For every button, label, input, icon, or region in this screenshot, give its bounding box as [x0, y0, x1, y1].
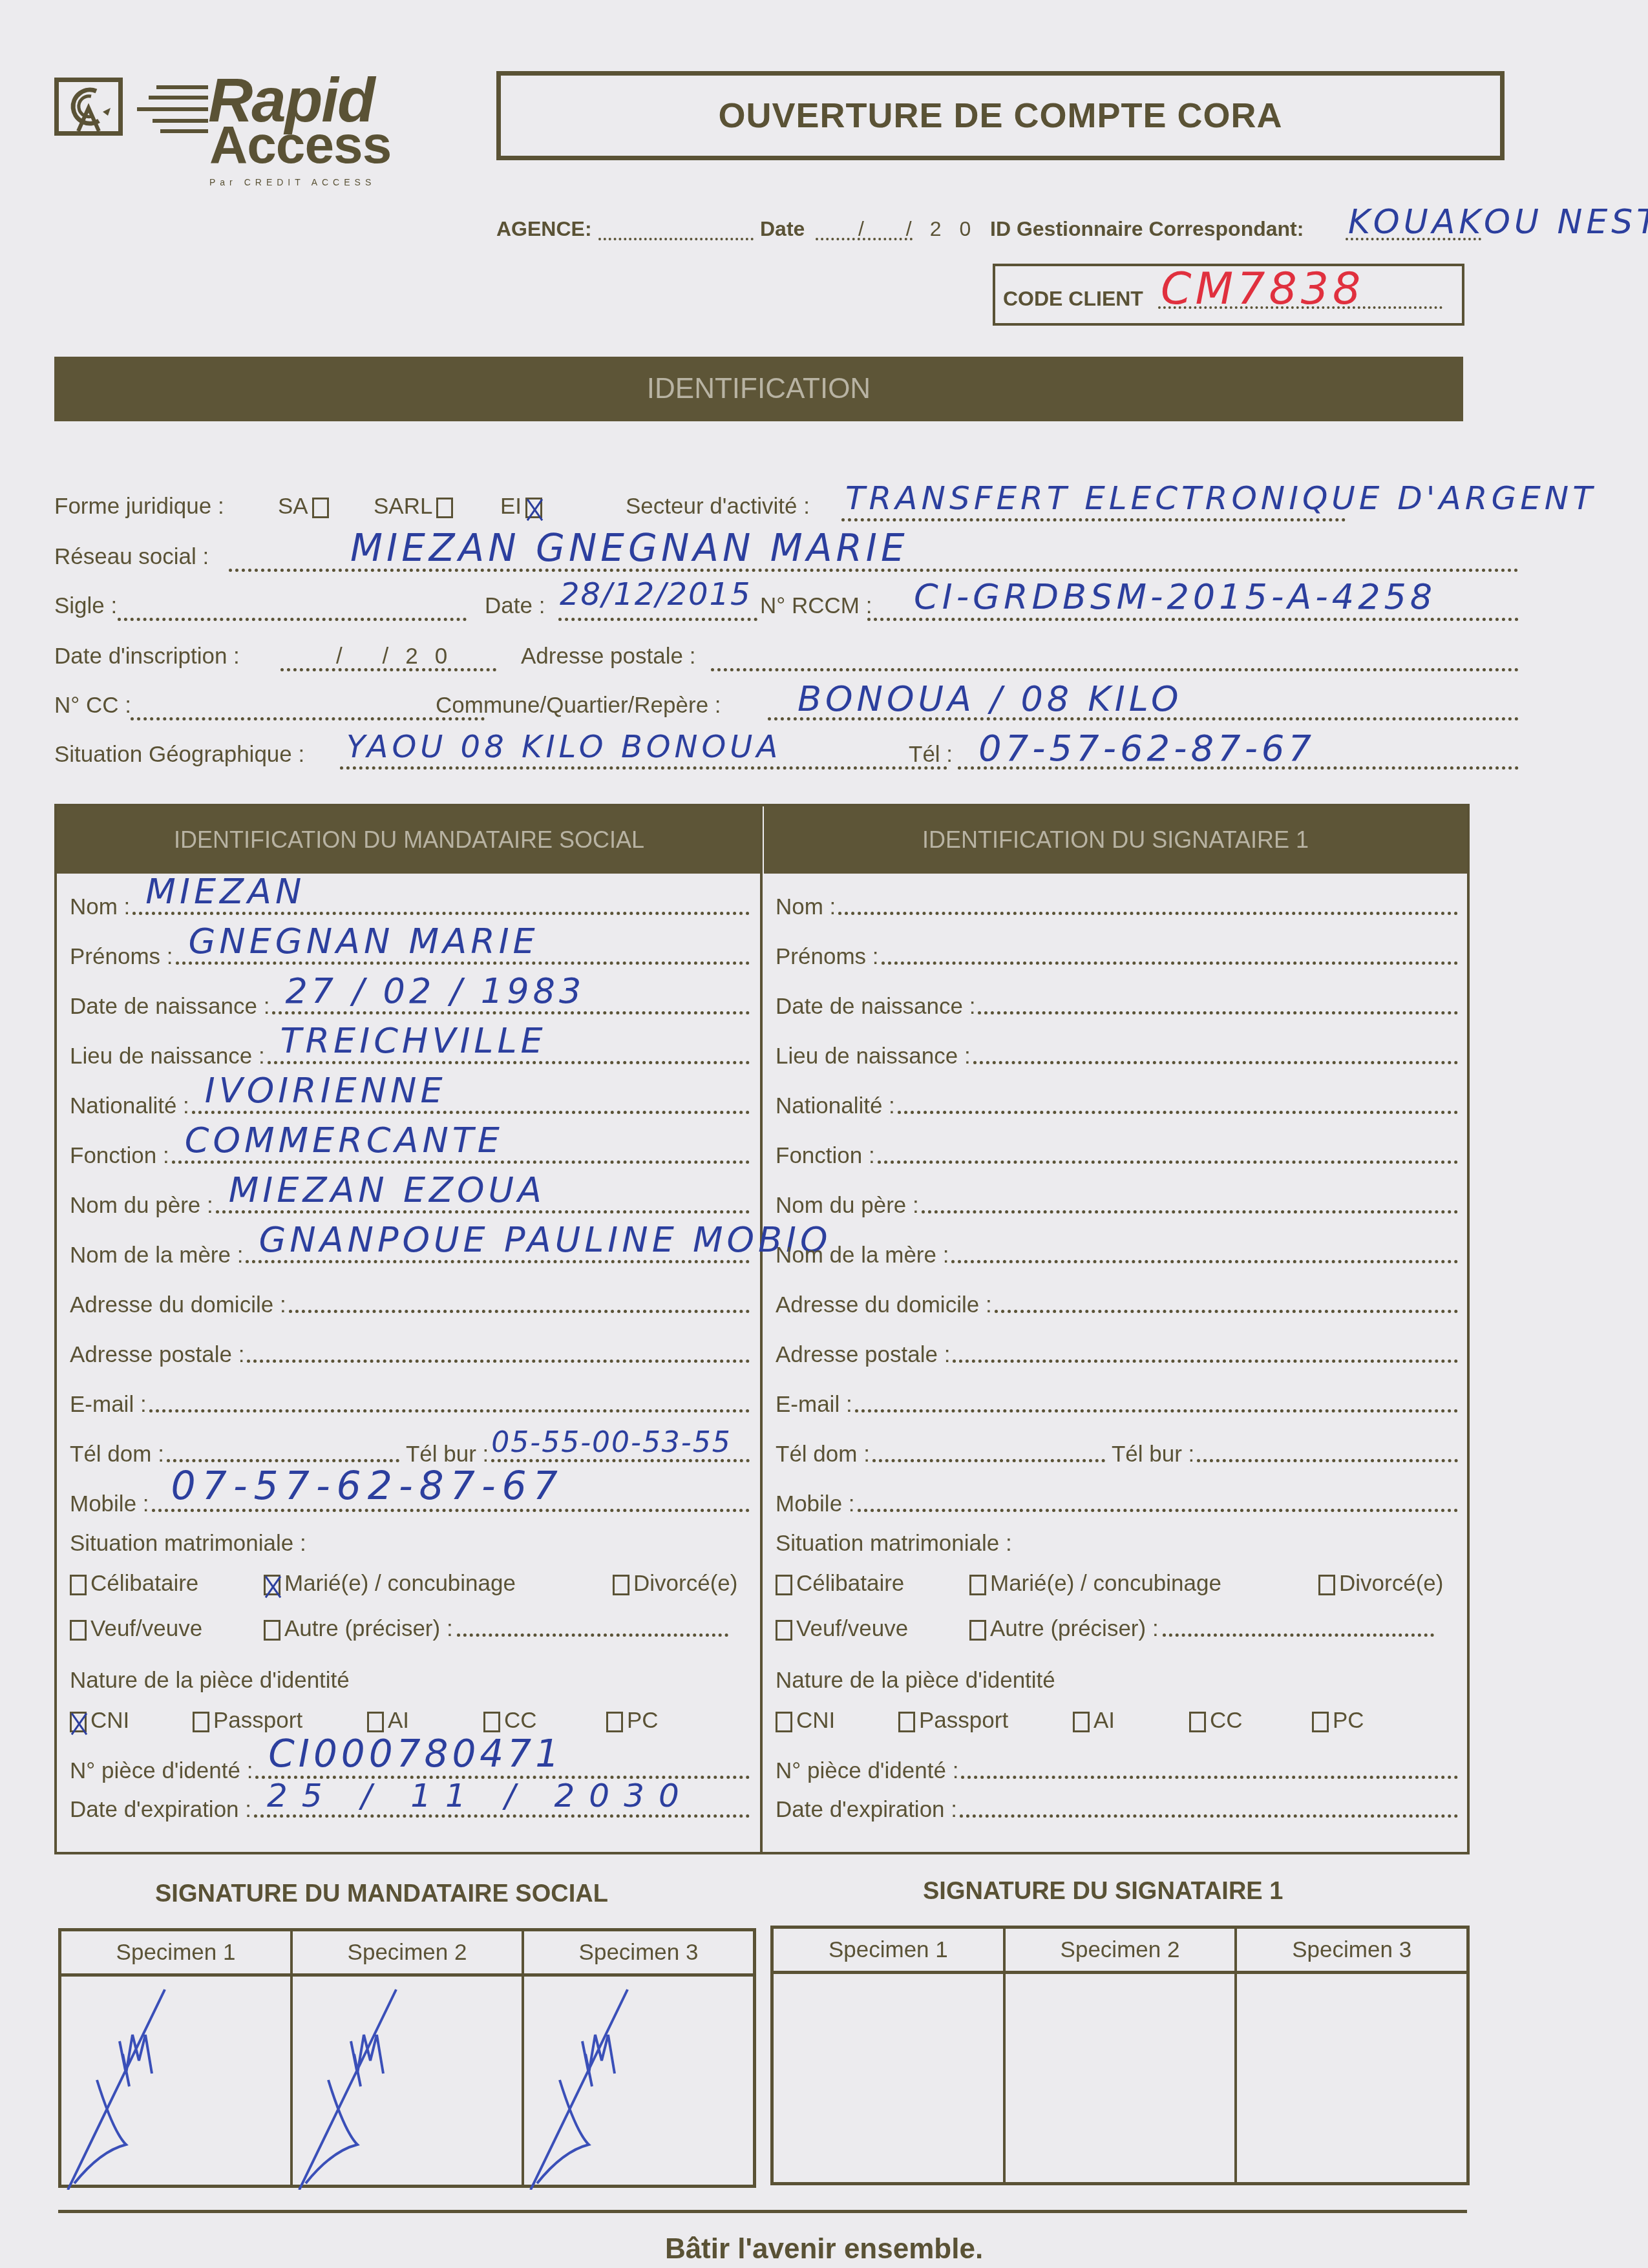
matrimoniale-option[interactable]: Veuf/veuve [776, 1616, 908, 1642]
piece-label: Nature de la pièce d'identité [776, 1668, 1055, 1694]
checkbox[interactable] [1073, 1712, 1090, 1732]
piece-option[interactable]: CNI [70, 1708, 129, 1734]
footer-slogan: Bâtir l'avenir ensemble. [0, 2233, 1648, 2265]
column-divider [760, 806, 763, 1853]
field-row: Nationalité : [776, 1083, 1458, 1119]
field-label: Nom du père : [776, 1193, 919, 1219]
num-piece-label: N° pièce d'identé : [776, 1758, 958, 1784]
tel-row: Tél dom :Tél bur : [776, 1431, 1458, 1467]
field-row: Date de naissance :27 / 02 / 1983 [70, 983, 750, 1020]
field-label: E-mail : [776, 1392, 852, 1418]
identification-title: IDENTIFICATION [647, 373, 871, 404]
piece-option[interactable]: CNI [776, 1708, 835, 1734]
field-value: COMMERCANTE [185, 1120, 503, 1160]
field-input[interactable] [973, 1061, 1458, 1064]
forme-juridique-label: Forme juridique : [54, 494, 224, 520]
mandataire-column: Nom :MIEZANPrénoms :GNEGNAN MARIEDate de… [70, 874, 750, 1849]
field-value: MIEZAN EZOUA [229, 1170, 545, 1210]
field-value: 27 / 02 / 1983 [285, 971, 585, 1011]
field-row: Adresse postale : [70, 1332, 750, 1368]
matrimoniale-option[interactable]: Célibataire [776, 1571, 904, 1597]
ncc-label: N° CC : [54, 693, 131, 719]
mobile-value: 07-57-62-87-67 [171, 1464, 564, 1509]
expiration-input[interactable] [960, 1814, 1458, 1818]
field-label: Fonction : [776, 1143, 875, 1169]
situation-field[interactable] [340, 766, 947, 770]
tel-bur-value: 05-55-00-53-55 [491, 1426, 731, 1459]
field-row: Adresse du domicile : [70, 1282, 750, 1318]
tel-row: Tél dom :Tél bur :05-55-00-53-55 [70, 1431, 750, 1467]
field-input[interactable] [838, 912, 1458, 915]
inscription-label: Date d'inscription : [54, 644, 240, 669]
specimen-cell[interactable]: Specimen 2 [293, 1931, 524, 2185]
field-input[interactable] [995, 1310, 1458, 1313]
commune-label: Commune/Quartier/Repère : [436, 693, 721, 719]
piece-option[interactable]: CC [1189, 1708, 1243, 1734]
gestionnaire-value: KOUAKOU NESTOR [1348, 203, 1648, 242]
specimen-cell[interactable]: Specimen 2 [1006, 1929, 1238, 2182]
mobile-input[interactable] [858, 1509, 1458, 1512]
field-label: Adresse du domicile : [776, 1292, 992, 1318]
field-input[interactable]: GNANPOUE PAULINE MOBIO [246, 1260, 750, 1263]
field-label: Lieu de naissance : [776, 1044, 971, 1069]
field-input[interactable] [247, 1360, 750, 1363]
field-input[interactable] [289, 1310, 750, 1313]
field-label: E-mail : [70, 1392, 147, 1418]
tel-bur-input[interactable] [1197, 1459, 1458, 1462]
field-row: Date de naissance : [776, 983, 1458, 1020]
inscription-row: Date d'inscription : / /20 Adresse posta… [54, 644, 1463, 676]
field-label: Adresse postale : [776, 1342, 950, 1368]
field-input[interactable] [953, 1360, 1458, 1363]
situation-value: YAOU 08 KILO BONOUA [346, 729, 781, 765]
field-input[interactable]: COMMERCANTE [172, 1160, 750, 1164]
field-input[interactable] [882, 961, 1459, 965]
agence-field[interactable] [598, 238, 754, 240]
sigle-field[interactable] [118, 618, 467, 621]
matrimoniale-label: Situation matrimoniale : [70, 1531, 306, 1557]
ca-monogram-icon [54, 78, 123, 136]
field-input[interactable]: MIEZAN [132, 912, 750, 915]
field-row: Lieu de naissance : [776, 1033, 1458, 1069]
matrimoniale-option[interactable]: Célibataire [70, 1571, 198, 1597]
identification-header: IDENTIFICATION [54, 357, 1463, 421]
field-input[interactable]: 27 / 02 / 1983 [272, 1011, 750, 1014]
matrimoniale-option[interactable]: Veuf/veuve [70, 1616, 202, 1642]
field-input[interactable] [898, 1111, 1458, 1114]
ncc-field[interactable] [131, 717, 485, 720]
field-value: IVOIRIENNE [205, 1070, 447, 1111]
field-label: Fonction : [70, 1143, 169, 1169]
field-row: Nom :MIEZAN [70, 884, 750, 920]
piece-option[interactable]: Passport [898, 1708, 1008, 1734]
field-label: Nom du père : [70, 1193, 213, 1219]
specimen-cell[interactable]: Specimen 3 [524, 1931, 753, 2185]
tel-dom-label: Tél dom : [776, 1442, 870, 1467]
specimen-label: Specimen 3 [1237, 1929, 1466, 1974]
gestionnaire-label: ID Gestionnaire Correspondant: [990, 217, 1304, 241]
handwritten-signature-icon [524, 1977, 744, 2190]
checkbox[interactable] [969, 1620, 986, 1641]
checkbox[interactable] [969, 1575, 986, 1595]
date-creation-label: Date : [485, 593, 545, 619]
forme-ei[interactable]: EI [500, 494, 546, 520]
date-label: Date [760, 217, 805, 241]
field-value: GNANPOUE PAULINE MOBIO [259, 1219, 831, 1260]
specimen-label: Specimen 3 [524, 1931, 753, 1977]
agence-line: AGENCE: Date / /20 ID Gestionnaire Corre… [496, 213, 1634, 252]
mobile-label: Mobile : [70, 1491, 149, 1517]
form-title: OUVERTURE DE COMPTE CORA [718, 96, 1282, 136]
field-label: Nom : [70, 894, 130, 920]
commune-value: BONOUA / 08 KILO [798, 678, 1183, 719]
footer-divider [58, 2210, 1467, 2213]
field-row: Nom : [776, 884, 1458, 920]
tel-value: 07-57-62-87-67 [978, 728, 1315, 770]
num-piece-label: N° pièce d'identé : [70, 1758, 253, 1784]
adresse-postale-field[interactable] [711, 668, 1519, 671]
checkbox[interactable] [70, 1620, 87, 1641]
num-piece-row: N° pièce d'identé : [776, 1748, 1458, 1784]
field-row: Nom du père :MIEZAN EZOUA [70, 1182, 750, 1219]
inscription-value: / /20 [336, 644, 464, 669]
field-row: Fonction : [776, 1133, 1458, 1169]
date-creation-field[interactable] [558, 618, 757, 621]
field-row: Prénoms :GNEGNAN MARIE [70, 934, 750, 970]
autre-input[interactable] [1163, 1633, 1434, 1637]
date-value: / /20 [858, 217, 989, 241]
speed-lines-icon [137, 83, 208, 134]
field-input[interactable] [855, 1409, 1458, 1412]
secteur-label: Secteur d'activité : [626, 494, 810, 520]
tel-dom-label: Tél dom : [70, 1442, 164, 1467]
expiration-label: Date d'expiration : [70, 1797, 251, 1823]
tel-bur-label: Tél bur : [1112, 1442, 1194, 1467]
field-label: Prénoms : [776, 944, 879, 970]
field-input[interactable]: TREICHVILLE [268, 1061, 750, 1064]
field-row: E-mail : [70, 1381, 750, 1418]
field-input[interactable]: MIEZAN EZOUA [216, 1210, 750, 1213]
field-row: Nationalité :IVOIRIENNE [70, 1083, 750, 1119]
ncc-row: N° CC : Commune/Quartier/Repère : BONOUA… [54, 693, 1463, 725]
checkbox-ei[interactable] [525, 498, 542, 518]
num-piece-value: CI000780471 [268, 1732, 563, 1776]
checkbox[interactable] [1312, 1712, 1329, 1732]
checkbox[interactable] [193, 1712, 209, 1732]
specimen-cell[interactable]: Specimen 3 [1237, 1929, 1466, 2182]
field-label: Nom de la mère : [776, 1243, 949, 1268]
checkbox[interactable] [613, 1575, 629, 1595]
situation-label: Situation Géographique : [54, 742, 304, 768]
piece-option[interactable]: AI [1073, 1708, 1115, 1734]
expiration-label: Date d'expiration : [776, 1797, 957, 1823]
matrimoniale-option[interactable]: Marié(e) / concubinage [264, 1571, 516, 1597]
field-row: Nom de la mère : [776, 1232, 1458, 1268]
forme-sarl[interactable]: SARL [374, 494, 457, 520]
signataire-signature-title: SIGNATURE DU SIGNATAIRE 1 [923, 1878, 1283, 1906]
field-label: Adresse postale : [70, 1342, 244, 1368]
mobile-label: Mobile : [776, 1491, 855, 1517]
rccm-field[interactable] [867, 618, 1519, 621]
reseau-value: MIEZAN GNEGNAN MARIE [350, 526, 909, 570]
checkbox[interactable] [70, 1575, 87, 1595]
handwritten-signature-icon [293, 1977, 512, 2190]
field-input[interactable] [978, 1011, 1458, 1014]
field-label: Nom de la mère : [70, 1243, 243, 1268]
field-input[interactable] [922, 1210, 1458, 1213]
field-value: GNEGNAN MARIE [189, 921, 539, 961]
checkbox[interactable] [264, 1620, 280, 1641]
matrimoniale-option[interactable]: Autre (préciser) : [969, 1616, 1434, 1642]
specimen-label: Specimen 1 [61, 1931, 290, 1977]
field-value: TREICHVILLE [280, 1020, 547, 1061]
mandataire-header: IDENTIFICATION DU MANDATAIRE SOCIAL [57, 806, 761, 874]
matrimoniale-option[interactable]: Autre (préciser) : [264, 1616, 728, 1642]
field-label: Lieu de naissance : [70, 1044, 265, 1069]
mandataire-signature-table: Specimen 1Specimen 2Specimen 3 [58, 1928, 756, 2188]
code-client-value: CM7838 [1161, 264, 1364, 315]
field-row: Adresse du domicile : [776, 1282, 1458, 1318]
checkbox-sarl[interactable] [436, 498, 453, 518]
mobile-input[interactable]: 07-57-62-87-67 [152, 1509, 750, 1512]
specimen-cell[interactable]: Specimen 1 [61, 1931, 293, 2185]
field-label: Date de naissance : [70, 994, 269, 1020]
forme-juridique-row: Forme juridique : SA SARL EI Secteur d'a… [54, 494, 1463, 526]
checkbox[interactable] [776, 1575, 792, 1595]
checkbox-sa[interactable] [312, 498, 329, 518]
tel-bur-input[interactable]: 05-55-00-53-55 [491, 1459, 750, 1462]
persons-table: IDENTIFICATION DU MANDATAIRE SOCIAL IDEN… [54, 804, 1470, 1854]
field-input[interactable] [149, 1409, 750, 1412]
piece-option[interactable]: Passport [193, 1708, 302, 1734]
checkbox[interactable] [1318, 1575, 1335, 1595]
field-input[interactable] [878, 1160, 1458, 1164]
signataire-header: IDENTIFICATION DU SIGNATAIRE 1 [764, 806, 1467, 874]
field-label: Nationalité : [70, 1093, 189, 1119]
brand-name-line2: Access [209, 119, 391, 172]
handwritten-signature-icon [61, 1977, 281, 2190]
field-input[interactable] [951, 1260, 1458, 1263]
field-label: Date de naissance : [776, 994, 975, 1020]
matrimoniale-label: Situation matrimoniale : [776, 1531, 1012, 1557]
field-label: Prénoms : [70, 944, 173, 970]
piece-option[interactable]: PC [606, 1708, 659, 1734]
signataire-signature-table: Specimen 1Specimen 2Specimen 3 [770, 1926, 1470, 2185]
field-row: Fonction :COMMERCANTE [70, 1133, 750, 1169]
expiration-row: Date d'expiration : [776, 1787, 1458, 1823]
sigle-row: Sigle : Date : 28/12/2015 N° RCCM : CI-G… [54, 593, 1463, 625]
signataire-column: Nom :Prénoms :Date de naissance :Lieu de… [776, 874, 1458, 1849]
matrimoniale-option[interactable]: Marié(e) / concubinage [969, 1571, 1221, 1597]
specimen-label: Specimen 1 [774, 1929, 1003, 1974]
mandataire-signature-title: SIGNATURE DU MANDATAIRE SOCIAL [155, 1880, 608, 1908]
checkbox[interactable] [367, 1712, 384, 1732]
code-client-label: CODE CLIENT [1003, 287, 1143, 311]
brand-logo: Rapid Access Par CREDIT ACCESS [54, 76, 416, 193]
matrimoniale-option[interactable]: Divorcé(e) [1318, 1571, 1443, 1597]
tel-label: Tél : [909, 742, 953, 768]
secteur-field[interactable] [841, 518, 1346, 521]
mandataire-title: IDENTIFICATION DU MANDATAIRE SOCIAL [174, 826, 644, 853]
checkbox[interactable] [606, 1712, 623, 1732]
expiration-value: 25 / 11 / 2030 [267, 1777, 693, 1814]
agence-label: AGENCE: [496, 217, 592, 241]
situation-row: Situation Géographique : YAOU 08 KILO BO… [54, 742, 1463, 774]
field-input[interactable]: IVOIRIENNE [192, 1111, 750, 1114]
signataire-title: IDENTIFICATION DU SIGNATAIRE 1 [922, 826, 1309, 853]
form-title-box: OUVERTURE DE COMPTE CORA [496, 71, 1505, 160]
expiration-row: Date d'expiration :25 / 11 / 2030 [70, 1787, 750, 1823]
specimen-cell[interactable]: Specimen 1 [774, 1929, 1006, 2182]
reseau-label: Réseau social : [54, 544, 209, 570]
autre-input[interactable] [457, 1633, 728, 1637]
specimen-label: Specimen 2 [1006, 1929, 1235, 1974]
secteur-value: TRANSFERT ELECTRONIQUE D'ARGENT [845, 479, 1596, 517]
specimen-label: Specimen 2 [293, 1931, 522, 1977]
tel-dom-input[interactable] [167, 1459, 399, 1462]
mobile-row: Mobile :07-57-62-87-67 [70, 1481, 750, 1517]
field-row: E-mail : [776, 1381, 1458, 1418]
field-row: Adresse postale : [776, 1332, 1458, 1368]
checkbox[interactable] [1189, 1712, 1206, 1732]
field-row: Lieu de naissance :TREICHVILLE [70, 1033, 750, 1069]
piece-option[interactable]: CC [483, 1708, 537, 1734]
field-input[interactable]: GNEGNAN MARIE [176, 961, 750, 965]
field-label: Nationalité : [776, 1093, 895, 1119]
checkbox[interactable] [776, 1620, 792, 1641]
checkbox[interactable] [898, 1712, 915, 1732]
rccm-label: N° RCCM : [760, 593, 872, 619]
checkbox[interactable] [483, 1712, 500, 1732]
field-row: Nom du père : [776, 1182, 1458, 1219]
adresse-postale-label: Adresse postale : [521, 644, 695, 669]
forme-sa[interactable]: SA [278, 494, 333, 520]
reseau-row: Réseau social : MIEZAN GNEGNAN MARIE [54, 544, 1463, 576]
checkbox[interactable] [264, 1575, 280, 1595]
mobile-row: Mobile : [776, 1481, 1458, 1517]
expiration-input[interactable]: 25 / 11 / 2030 [254, 1814, 750, 1818]
piece-option[interactable]: PC [1312, 1708, 1364, 1734]
piece-option[interactable]: AI [367, 1708, 409, 1734]
brand-tagline: Par CREDIT ACCESS [209, 177, 375, 187]
sigle-label: Sigle : [54, 593, 117, 619]
rccm-value: CI-GRDBSM-2015-A-4258 [914, 576, 1436, 617]
tel-dom-input[interactable] [872, 1459, 1105, 1462]
checkbox[interactable] [776, 1712, 792, 1732]
field-row: Prénoms : [776, 934, 1458, 970]
code-client-box: CODE CLIENT CM7838 [993, 264, 1464, 326]
matrimoniale-option[interactable]: Divorcé(e) [613, 1571, 737, 1597]
field-label: Nom : [776, 894, 836, 920]
field-row: Nom de la mère :GNANPOUE PAULINE MOBIO [70, 1232, 750, 1268]
date-creation-value: 28/12/2015 [560, 576, 752, 613]
checkbox[interactable] [70, 1712, 87, 1732]
piece-label: Nature de la pièce d'identité [70, 1668, 350, 1694]
field-label: Adresse du domicile : [70, 1292, 286, 1318]
num-piece-input[interactable] [961, 1776, 1458, 1779]
field-value: MIEZAN [145, 871, 305, 912]
